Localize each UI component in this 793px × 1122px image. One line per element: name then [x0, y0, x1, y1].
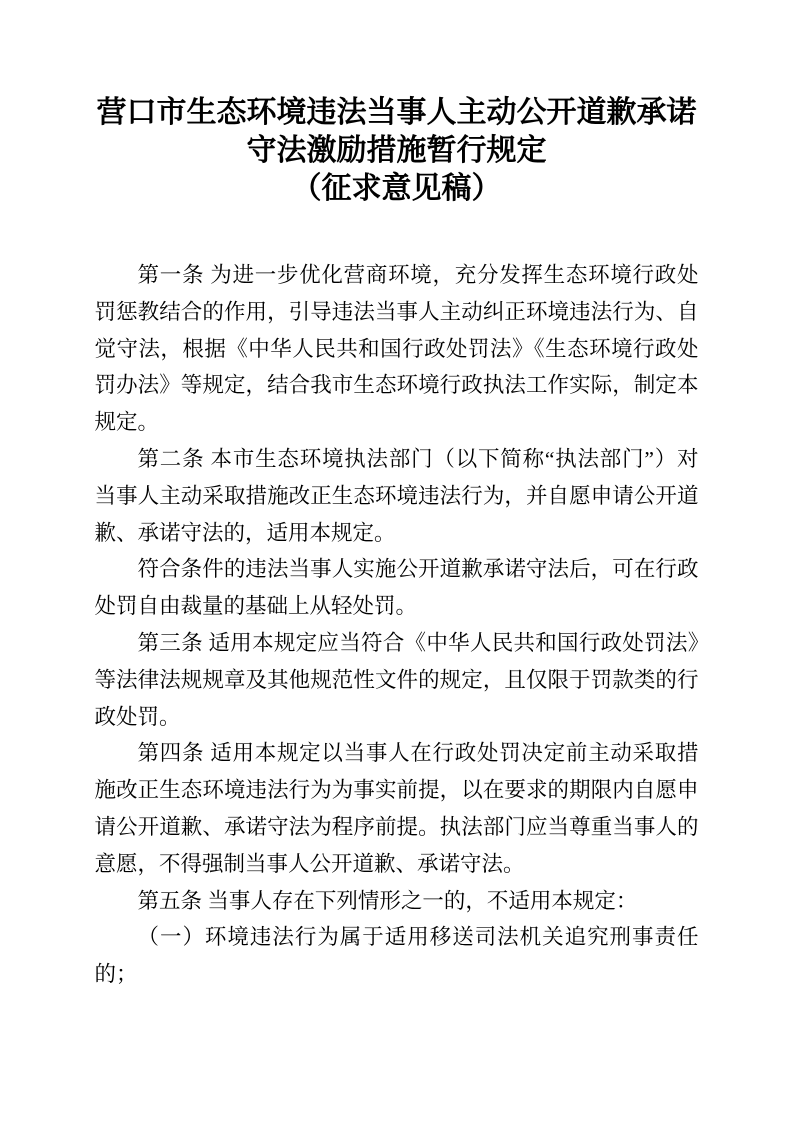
- document-page: 营口市生态环境违法当事人主动公开道歉承诺 守法激励措施暂行规定 （征求意见稿） …: [0, 0, 793, 1122]
- paragraph-article-3: 第三条 适用本规定应当符合《中华人民共和国行政处罚法》等法律法规规章及其他规范性…: [95, 625, 699, 735]
- title-line-1: 营口市生态环境违法当事人主动公开道歉承诺: [95, 94, 699, 132]
- paragraph-article-4: 第四条 适用本规定以当事人在行政处罚决定前主动采取措施改正生态环境违法行为为事实…: [95, 735, 699, 882]
- paragraph-article-2-cont: 符合条件的违法当事人实施公开道歉承诺守法后，可在行政处罚自由裁量的基础上从轻处罚…: [95, 551, 699, 625]
- document-title: 营口市生态环境违法当事人主动公开道歉承诺 守法激励措施暂行规定 （征求意见稿）: [95, 94, 699, 208]
- title-line-3: （征求意见稿）: [95, 170, 699, 208]
- document-content: 营口市生态环境违法当事人主动公开道歉承诺 守法激励措施暂行规定 （征求意见稿） …: [95, 94, 699, 993]
- paragraph-article-5: 第五条 当事人存在下列情形之一的，不适用本规定：: [95, 883, 699, 920]
- paragraph-article-1: 第一条 为进一步优化营商环境，充分发挥生态环境行政处罚惩教结合的作用，引导违法当…: [95, 257, 699, 441]
- paragraph-article-5-item-1: （一）环境违法行为属于适用移送司法机关追究刑事责任的；: [95, 919, 699, 993]
- document-body: 第一条 为进一步优化营商环境，充分发挥生态环境行政处罚惩教结合的作用，引导违法当…: [95, 257, 699, 993]
- title-line-2: 守法激励措施暂行规定: [95, 132, 699, 170]
- paragraph-article-2: 第二条 本市生态环境执法部门（以下简称“执法部门”）对当事人主动采取措施改正生态…: [95, 441, 699, 551]
